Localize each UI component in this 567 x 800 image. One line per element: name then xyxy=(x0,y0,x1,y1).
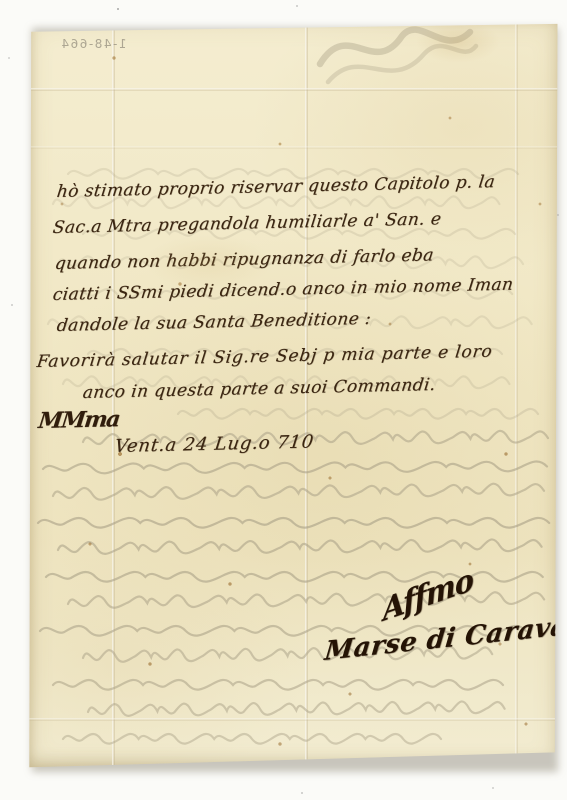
handwritten-line: quando non habbi ripugnanza di farlo eba xyxy=(54,245,435,274)
fold-crease-horizontal xyxy=(28,146,558,149)
scanned-letter-page: 1-48-664 hò stimato proprio riservar que… xyxy=(0,0,567,800)
fold-crease-horizontal xyxy=(28,88,558,91)
handwritten-line: ciatti i SSmi piedi dicend.o anco in mio… xyxy=(52,275,515,305)
signature-flourish: Affmo xyxy=(381,562,474,629)
fold-crease-horizontal xyxy=(28,718,558,721)
archival-number-mirrored: 1-48-664 xyxy=(60,37,126,51)
handwritten-line: Favorirà salutar il Sig.re Sebj p mia pa… xyxy=(36,342,494,372)
handwritten-line: anco in questa parte a suoi Commandi. xyxy=(82,375,437,403)
handwritten-line: dandole la sua Santa Beneditione : xyxy=(56,309,373,336)
signature: Marse di Caravalle xyxy=(323,607,567,667)
handwritten-line: hò stimato proprio riservar questo Capit… xyxy=(56,172,497,202)
dateline: Vent.a 24 Lug.o 710 xyxy=(114,431,316,456)
fold-crease-vertical xyxy=(515,22,518,768)
closing-monogram: MMma xyxy=(37,406,121,434)
handwritten-line: Sac.a Mtra pregandola humiliarle a' San.… xyxy=(52,209,443,238)
letter-sheet: 1-48-664 hò stimato proprio riservar que… xyxy=(28,22,558,768)
